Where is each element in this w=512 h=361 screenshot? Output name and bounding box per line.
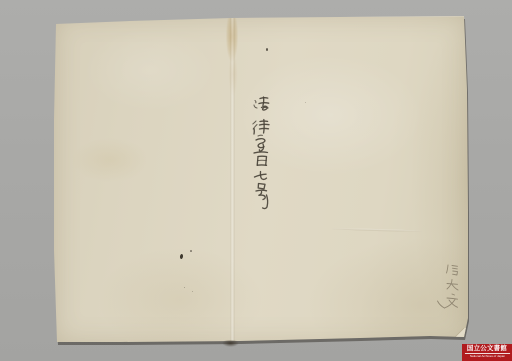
side-annotation-marks [436, 256, 466, 310]
scanned-document-view: 法律第百七号 悟大文 国 [0, 0, 512, 361]
cover-title-calligraphy [246, 92, 288, 214]
calligraphy-char-dai [256, 135, 265, 151]
document-page: 法律第百七号 悟大文 [0, 0, 512, 361]
watermark-japanese-label: 国立公文書館 [462, 345, 512, 353]
annotation-char-2 [447, 280, 458, 291]
fold-edge-smudge [222, 340, 239, 347]
calligraphy-char-gou [256, 184, 268, 209]
calligraphy-char-shichi [255, 172, 267, 180]
annotation-char-1 [447, 265, 458, 275]
national-archives-watermark: 国立公文書館 National Archives of Japan [462, 344, 512, 361]
annotation-char-3 [438, 294, 458, 308]
ink-speck [190, 250, 192, 252]
calligraphy-char-ritsu [253, 120, 269, 135]
watermark-english-label: National Archives of Japan [464, 353, 509, 358]
ink-speck [266, 48, 268, 51]
center-fold-crease [230, 0, 235, 361]
calligraphy-char-hou [254, 97, 269, 110]
calligraphy-char-hyaku [254, 152, 268, 165]
